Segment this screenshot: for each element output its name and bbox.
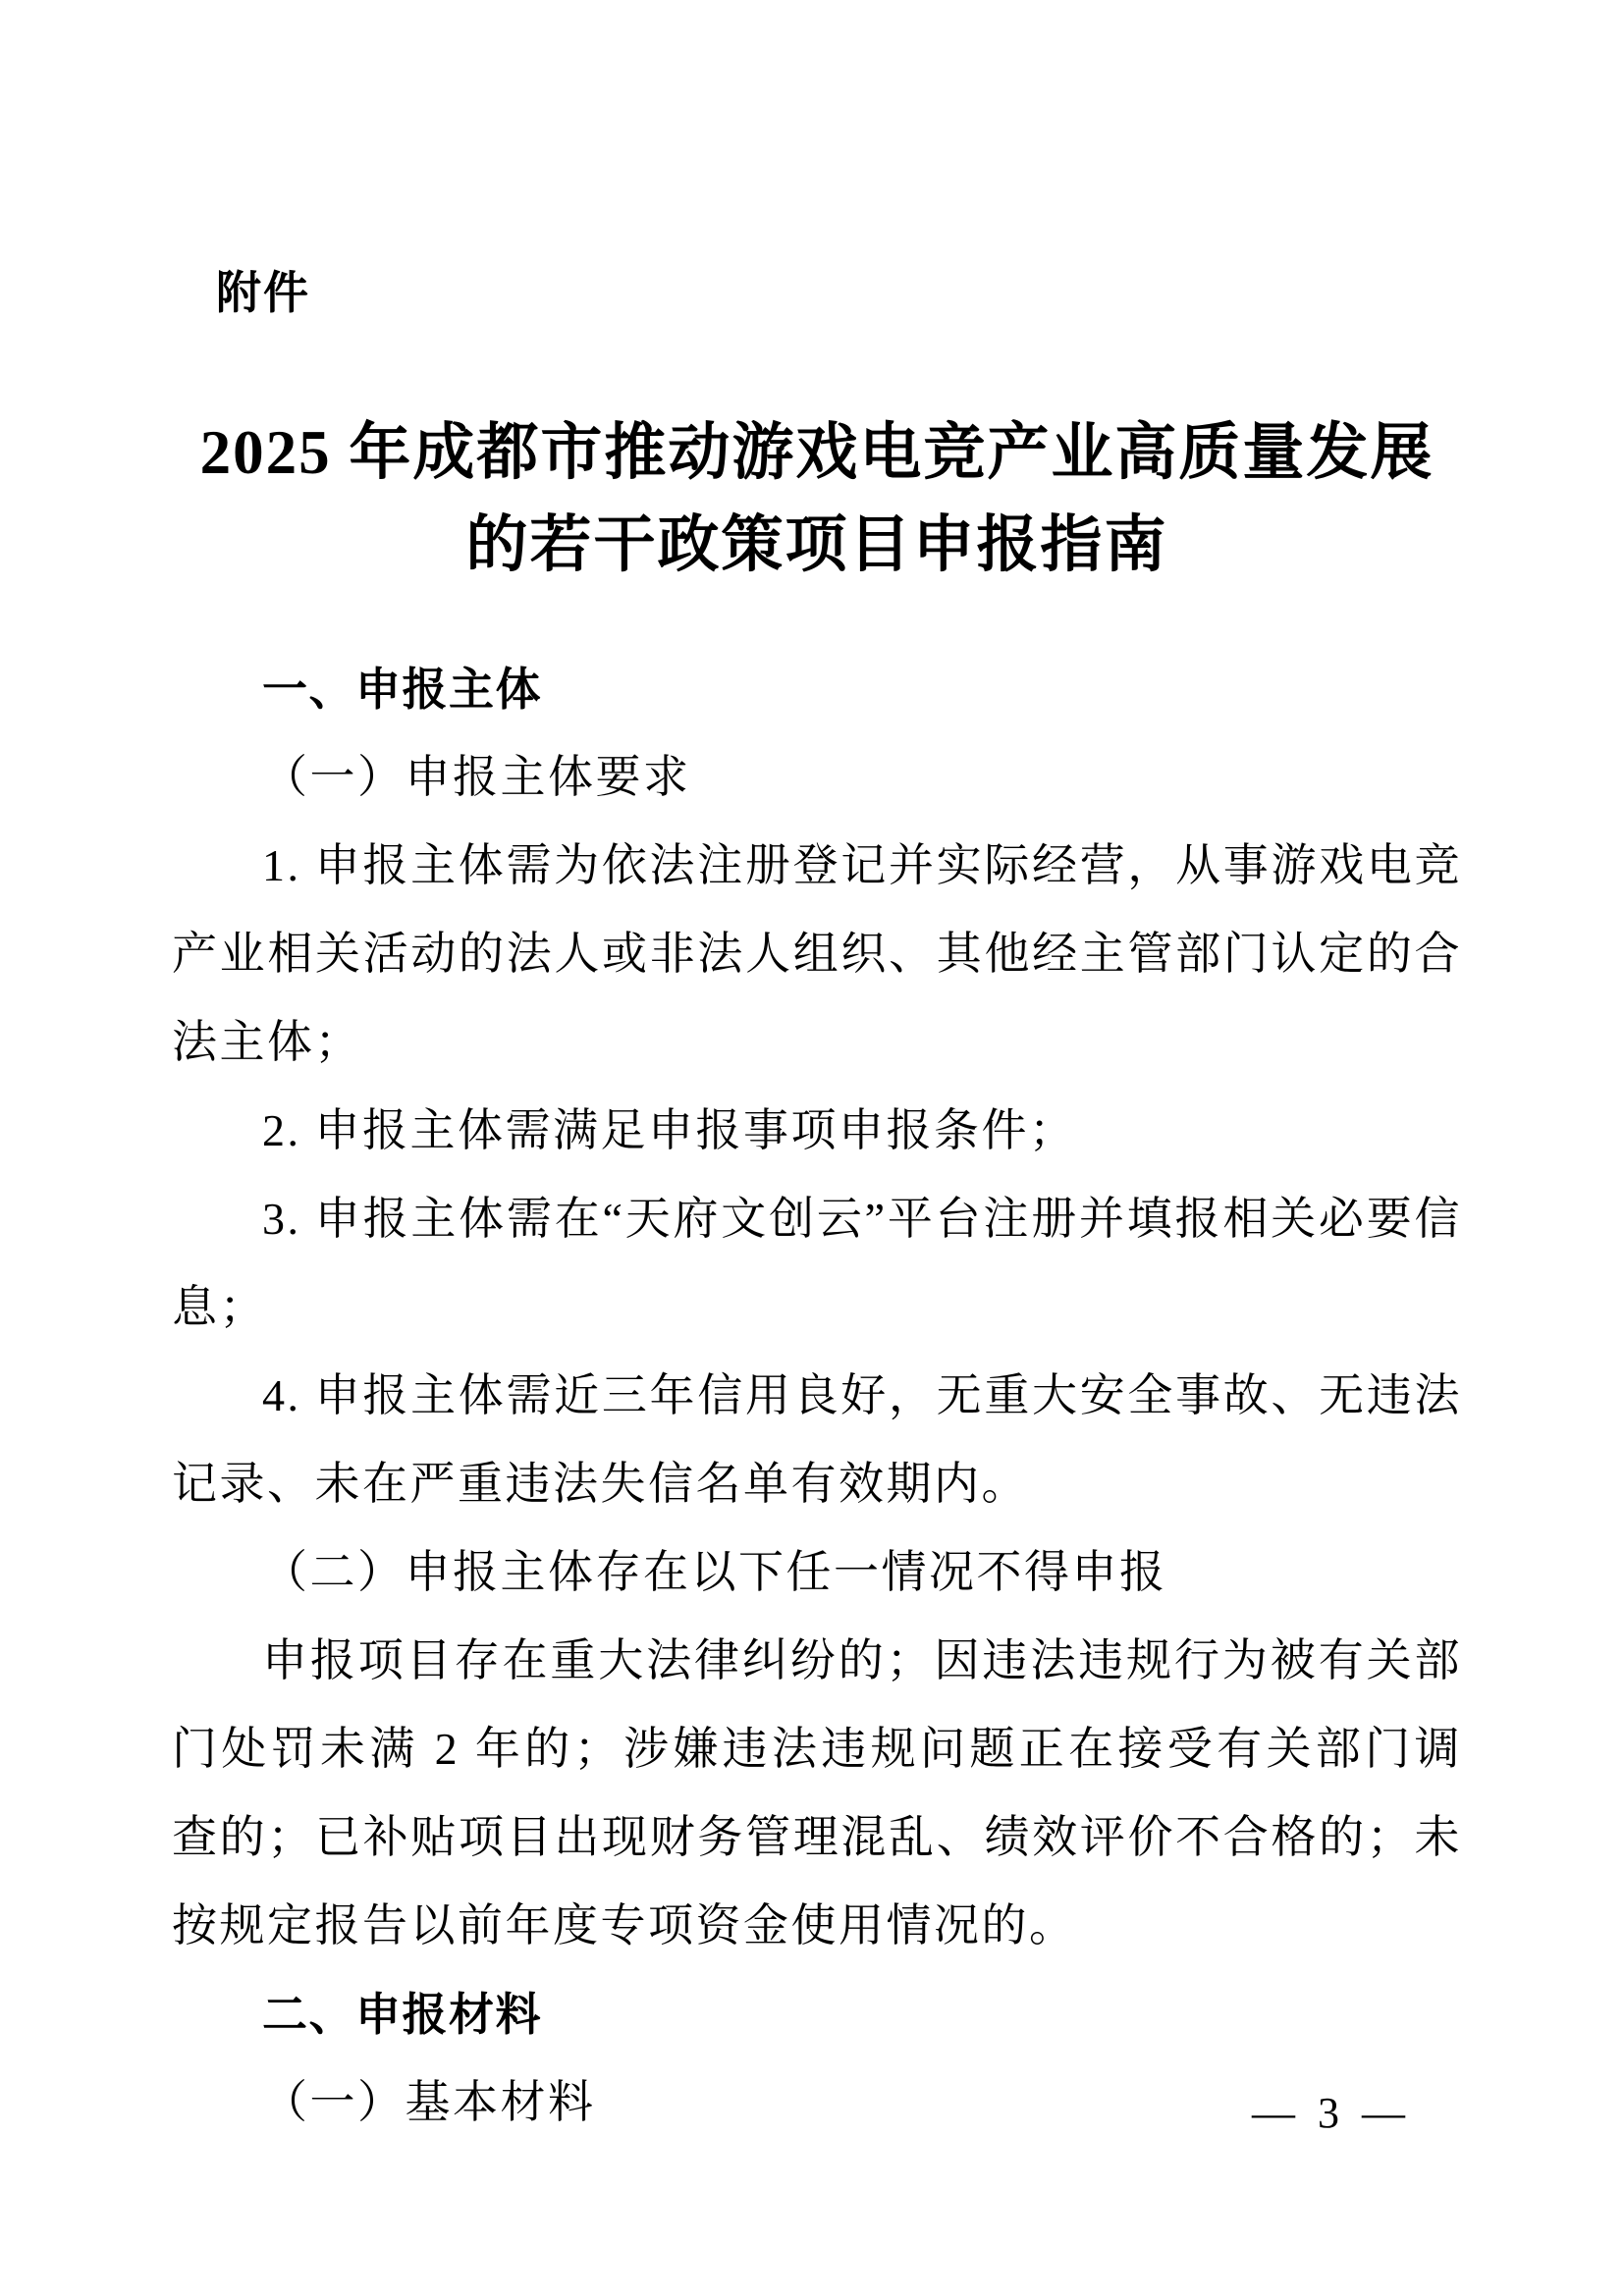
attachment-label: 附件 (216, 267, 1462, 318)
paragraph-requirement-2: 2. 申报主体需满足申报事项申报条件； (172, 1087, 1462, 1175)
document-title: 2025 年成都市推动游戏电竞产业高质量发展 的若干政策项目申报指南 (172, 406, 1462, 591)
document-page: 附件 2025 年成都市推动游戏电竞产业高质量发展 的若干政策项目申报指南 一、… (0, 0, 1624, 2296)
page-number: — 3 — (1252, 2089, 1411, 2138)
document-body: 一、申报主体 （一）申报主体要求 1. 申报主体需为依法注册登记并实际经营，从事… (172, 645, 1462, 2147)
paragraph-requirement-4: 4. 申报主体需近三年信用良好，无重大安全事故、无违法记录、未在严重违法失信名单… (172, 1352, 1462, 1528)
document-title-line-1: 2025 年成都市推动游戏电竞产业高质量发展 (172, 406, 1462, 499)
section-heading-application-subject: 一、申报主体 (172, 645, 1462, 733)
paragraph-requirement-1: 1. 申报主体需为依法注册登记并实际经营，从事游戏电竞产业相关活动的法人或非法人… (172, 822, 1462, 1087)
subsection-heading-subject-requirements: （一）申报主体要求 (172, 733, 1462, 822)
document-title-line-2: 的若干政策项目申报指南 (172, 499, 1462, 591)
paragraph-disqualifying-conditions: 申报项目存在重大法律纠纷的；因违法违规行为被有关部门处罚未满 2 年的；涉嫌违法… (172, 1617, 1462, 1970)
section-heading-application-materials: 二、申报材料 (172, 1970, 1462, 2058)
paragraph-requirement-3: 3. 申报主体需在“天府文创云”平台注册并填报相关必要信息； (172, 1175, 1462, 1352)
subsection-heading-disqualifying-conditions: （二）申报主体存在以下任一情况不得申报 (172, 1528, 1462, 1617)
